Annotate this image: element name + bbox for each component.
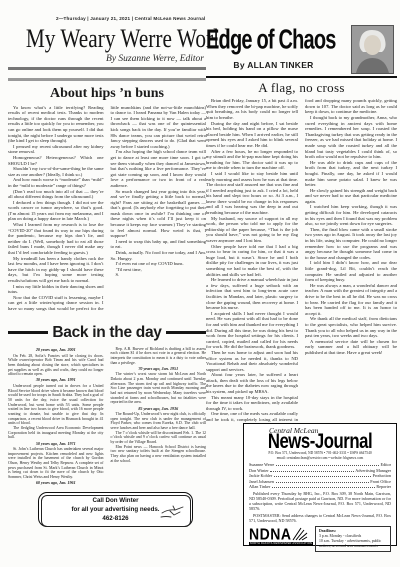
article-paragraph: Ya know what’s a little terrifying? Read… xyxy=(8,105,104,144)
right-article-body: Brian died Friday, January 15, a bit pas… xyxy=(206,98,397,425)
header-rule-left xyxy=(8,331,48,334)
back-in-the-day-title: Back in the day xyxy=(52,324,161,342)
history-item-paragraphs: On Feb. 28, Sofia’s Fancies will be clos… xyxy=(8,354,104,377)
back-in-the-day-body: 20 years ago, Jan. 2001 On Feb. 28, Sofi… xyxy=(8,347,206,487)
article-paragraph: Drink, actually. No food for me today, a… xyxy=(111,250,207,261)
ad-inner-border: Call Don Winter for all your advertising… xyxy=(41,495,191,527)
ad-phone: 462-8126 xyxy=(71,515,159,524)
history-item-date: 60 years ago, Jan. 1961 xyxy=(8,481,104,486)
article-paragraph: He slowly gained his strength and weight… xyxy=(305,188,397,205)
deadlines-lines: 3 p.m. Monday - classifieds10 a.m. Tuesd… xyxy=(319,534,387,549)
masthead-info-box: Central McLean News-Journal P.O. Box 571… xyxy=(243,423,397,546)
staff-row: Allan Tinker Reporter xyxy=(249,484,391,489)
article-paragraph: This meant many 10-day stays in the hosp… xyxy=(206,395,298,412)
history-item-paragraphs: The winter’s worst snow storm hit McLean… xyxy=(111,372,207,405)
staff-list: Suzanne Werre Editor Don Winter Advertis… xyxy=(249,462,391,489)
ad-line-1: Call Don Winter xyxy=(71,497,159,506)
staff-role: Reporter xyxy=(376,484,391,489)
advertising-house-ad: Call Don Winter for all your advertising… xyxy=(38,492,193,527)
article-paragraph: Brian died Friday, January 15, a bit pas… xyxy=(206,98,298,120)
article-paragraph: During the day and night before, I sat b… xyxy=(206,121,298,149)
history-paragraph: St. John’s Lutheran Church has undertake… xyxy=(8,447,104,480)
history-paragraph: The fledgling Underwood Area Economic De… xyxy=(8,426,104,440)
ad-text: Call Don Winter for all your advertising… xyxy=(71,497,159,524)
newspaper-page: 2—Thursday | January 21, 2021 | Central … xyxy=(0,0,400,567)
column-masthead-byline: By ALLAN TINKER xyxy=(206,60,341,70)
history-item: 85 years ago, Jan. 1936 The Round-Up, Un… xyxy=(111,407,207,464)
history-item-paragraphs: The Round-Up, Underwood’s new night club… xyxy=(111,412,207,464)
article-paragraph: He was always a man, a wonderful dancer … xyxy=(305,283,397,317)
article-paragraph: (Don’t read too much into all of that — … xyxy=(8,189,104,200)
dotted-leader xyxy=(276,465,379,466)
history-item: 70 years ago, Jan. 1951 The winter’s wor… xyxy=(111,367,207,405)
ndna-burst-icon xyxy=(292,526,308,541)
column-masthead-title: My Weary Werre World xyxy=(26,25,188,54)
article-paragraph: A memorial service date will be chosen f… xyxy=(305,339,397,356)
article-paragraph: So much changed last year going into thi… xyxy=(111,189,207,239)
article-paragraph: I thought back to my grandmother, Anna, … xyxy=(305,115,397,160)
ad-line-2: for all your advertising needs. xyxy=(71,506,159,515)
article-paragraph: About four years later, he suffered a he… xyxy=(206,372,298,394)
history-paragraph: On Feb. 28, Sofia’s Fancies will be clos… xyxy=(8,354,104,377)
logo-script-text: Central McLean xyxy=(269,426,318,435)
history-item-date: 30 years ago, Jan. 1991 xyxy=(8,378,104,383)
publishing-statement: Published every Thursday by BHG, Inc., P… xyxy=(249,491,391,511)
dotted-leader xyxy=(270,471,354,472)
deadlines-box: Deadlines: 3 p.m. Monday - classifieds10… xyxy=(315,526,391,553)
history-item: 50 years ago, Jan. 1971 St. John’s Luthe… xyxy=(8,442,104,480)
article-paragraph: I watched him keep working, though it wa… xyxy=(305,204,397,226)
article-paragraph: Shouldn’t my two-of-the-same-thing be th… xyxy=(8,166,104,177)
article-paragraph: I told him I didn’t know how, and our de… xyxy=(305,260,397,282)
article-paragraph: What I learned from my research is to lo… xyxy=(8,222,104,256)
article-paragraph: S. xyxy=(111,272,207,278)
history-paragraph: The 7 o’clock whistle will be discontinu… xyxy=(111,431,207,445)
history-item: 30 years ago, Jan. 1991 Underwood people… xyxy=(8,378,104,440)
page-dateline: 2—Thursday | January 21, 2021 | Central … xyxy=(56,16,205,21)
deadline-line: 10 a.m. Tuesday - advertisements, public… xyxy=(319,539,387,549)
left-article-body: Ya know what’s a little terrifying? Read… xyxy=(8,105,206,317)
article-paragraph: And how much worse is “moderate” than “m… xyxy=(8,177,104,188)
history-item-date: 70 years ago, Jan. 1951 xyxy=(111,367,207,372)
history-paragraph: The Round-Up, Underwood’s new night club… xyxy=(111,412,207,431)
dotted-leader xyxy=(276,482,369,483)
right-article-headline: A flag, no cross xyxy=(206,80,397,96)
postmaster-statement: POSTMASTER: Send address changes to Cent… xyxy=(249,513,391,523)
airplane-doodle-icon xyxy=(160,503,186,521)
double-rule-divider xyxy=(8,67,206,81)
history-paragraph: Underwood people turned out in droves fo… xyxy=(8,384,104,426)
dotted-leader xyxy=(272,487,375,488)
article-paragraph: Homogeneous? Heterogeneous? Which one SH… xyxy=(8,155,104,166)
history-item-date: 20 years ago, Jan. 2001 xyxy=(8,348,104,353)
article-paragraph: My treadmill has been a handy clothes ra… xyxy=(8,256,104,284)
article-paragraph: I said I would like to stay beside him u… xyxy=(206,171,298,216)
news-journal-logo: Central McLean News-Journal xyxy=(249,427,391,451)
back-in-the-day-header: Back in the day xyxy=(8,324,206,342)
article-paragraph: I’m also hoping the high school dance te… xyxy=(111,149,207,188)
article-paragraph: My husband, my source of support in all … xyxy=(206,216,298,244)
article-paragraph: Other people have told me that I had a b… xyxy=(206,244,298,278)
history-paragraph: The winter’s worst snow storm hit McLean… xyxy=(111,372,207,405)
left-section: My Weary Werre World By Suzanne Werre, E… xyxy=(8,25,206,487)
columnist-photo xyxy=(351,25,394,74)
article-paragraph: I need to wrap this baby up, and find so… xyxy=(111,239,207,250)
column-masthead-title: Edge of Chaos xyxy=(206,22,359,58)
ndna-logo: NDNA NORTH DAKOTA NEWSPAPER ASSOCIATION xyxy=(249,526,313,553)
article-paragraph: He was able to drink cups and cups of th… xyxy=(305,160,397,188)
history-paragraph: Rep. A.B. Burvee of Richland is drafting… xyxy=(111,347,207,366)
history-item-paragraphs: Rep. A.B. Burvee of Richland is drafting… xyxy=(111,347,207,366)
article-paragraph: We thank all the medical staff, from die… xyxy=(305,316,397,338)
article-paragraph: Then he was home to adjust and soon had … xyxy=(206,350,298,372)
article-paragraph: I acquired skills I had never thought I … xyxy=(206,311,298,350)
ndna-logo-top: NDNA xyxy=(249,526,313,541)
right-section: Edge of Chaos By ALLAN TINKER A flag, no… xyxy=(206,24,397,425)
history-item-date: 50 years ago, Jan. 1971 xyxy=(8,442,104,447)
history-item: 20 years ago, Jan. 2001 On Feb. 28, Sofi… xyxy=(8,348,104,377)
history-item-paragraphs: St. John’s Lutheran Church has undertake… xyxy=(8,447,104,480)
article-paragraph: I perused my recent ultrasound after my … xyxy=(8,144,104,155)
ndna-logo-text: NDNA xyxy=(249,526,291,541)
edge-of-chaos-masthead: Edge of Chaos By ALLAN TINKER xyxy=(206,24,397,73)
article-paragraph: He learned to drive a manual wheelchair … xyxy=(206,277,298,311)
masthead-bottom-row: NDNA NORTH DAKOTA NEWSPAPER ASSOCIATION … xyxy=(249,526,391,553)
dotted-leader xyxy=(274,476,371,477)
history-item-paragraphs: Underwood people turned out in droves fo… xyxy=(8,384,104,440)
staff-name: Allan Tinker xyxy=(249,484,270,489)
article-paragraph: I miss my little kiddos in their dancing… xyxy=(8,284,104,295)
contact-line: email: centralmclean@westriv.com • websi… xyxy=(249,456,391,461)
article-paragraph: After a few hours, he no longer responde… xyxy=(206,149,298,171)
column-masthead-byline: By Suzanne Werre, Editor xyxy=(8,54,206,64)
article-paragraph: Then, the final blow came with a small s… xyxy=(305,227,397,261)
article-paragraph: I deduced a few things though. I did not… xyxy=(8,200,104,222)
section-rule xyxy=(206,76,397,78)
header-rule-right xyxy=(166,331,206,334)
history-item-date: 85 years ago, Jan. 1936 xyxy=(111,407,207,412)
history-paragraph: Elm Point news — Hancock School District… xyxy=(111,445,207,464)
left-article-headline: About hips ’n buns xyxy=(8,86,206,102)
